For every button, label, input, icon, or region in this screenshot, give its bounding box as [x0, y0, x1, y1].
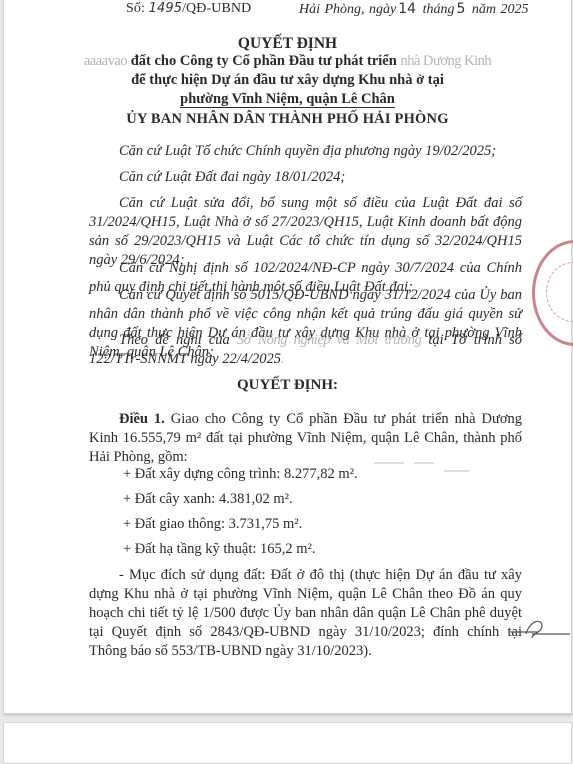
- document-page-1: Số: 1495/QĐ-UBND Hải Phòng, ngày14 tháng…: [3, 0, 572, 715]
- land-item: + Đất giao thông: 3.731,75 m².: [123, 516, 302, 533]
- document-title: QUYẾT ĐỊNH: [4, 35, 571, 53]
- obscured-text: .: [281, 351, 284, 367]
- subtitle-underlined: phường Vĩnh Niệm, quận Lê Chân: [180, 91, 395, 108]
- document-number: Số: 1495/QĐ-UBND: [126, 1, 251, 17]
- scan-artifact: [414, 462, 434, 464]
- subtitle-line-1: ааааvao đất cho Công ty Cổ phần Đầu tư p…: [4, 53, 571, 70]
- date-day: 14: [398, 1, 416, 17]
- subtitle-text: đất cho Công ty Cổ phần Đầu tư phát triể…: [127, 53, 400, 69]
- legal-basis-1: Căn cứ Luật Tổ chức Chính quyền địa phươ…: [89, 142, 522, 161]
- obscured-text: nhà Dương Kinh: [400, 53, 491, 69]
- land-item: + Đất hạ tầng kỹ thuật: 165,2 m².: [123, 541, 316, 558]
- date-place: Hải Phòng, ngày: [299, 2, 396, 17]
- decision-heading: QUYẾT ĐỊNH:: [4, 377, 571, 394]
- article-label: Điều 1.: [119, 411, 165, 427]
- obscured-text: Sở Nông nghiệp và Môi trường: [237, 332, 421, 348]
- legal-basis-text: Căn cứ Luật Đất đai ngày 18/01/2024;: [119, 169, 345, 185]
- number-prefix: Số:: [126, 1, 149, 16]
- number-suffix: /QĐ-UBND: [182, 1, 251, 16]
- legal-basis-text: Căn cứ Luật Tổ chức Chính quyền địa phươ…: [119, 143, 496, 159]
- document-date: Hải Phòng, ngày14 tháng5 năm 2025: [299, 1, 529, 18]
- date-month: 5: [456, 1, 465, 17]
- purpose-text: - Mục đích sử dụng đất: Đất ở đô thị (th…: [89, 567, 522, 659]
- land-item: + Đất cây xanh: 4.381,02 m².: [123, 491, 293, 508]
- proposal-text: Theo đề nghị của: [119, 332, 237, 348]
- proposal-basis: Theo đề nghị của Sở Nông nghiệp và Môi t…: [89, 331, 522, 369]
- scan-artifact: [444, 470, 469, 472]
- scan-artifact: [374, 462, 404, 464]
- land-use-purpose: - Mục đích sử dụng đất: Đất ở đô thị (th…: [89, 566, 522, 661]
- subtitle-line-2: để thực hiện Dự án đầu tư xây dựng Khu n…: [4, 72, 571, 89]
- date-year: năm 2025: [472, 2, 529, 17]
- subtitle-line-3: phường Vĩnh Niệm, quận Lê Chân: [4, 91, 571, 108]
- issuer-heading: ỦY BAN NHÂN DÂN THÀNH PHỐ HẢI PHÒNG: [4, 111, 571, 128]
- legal-basis-2: Căn cứ Luật Đất đai ngày 18/01/2024;: [89, 168, 522, 187]
- document-page-2: [3, 722, 572, 748]
- article-1: Điều 1. Giao cho Công ty Cổ phần Đầu tư …: [89, 410, 522, 467]
- handwritten-number: 1495: [149, 1, 182, 16]
- initial-signature-icon: [508, 612, 573, 642]
- date-month-label: tháng: [423, 2, 455, 17]
- legal-basis-text: Căn cứ Luật sửa đổi, bổ sung một số điều…: [89, 195, 522, 268]
- land-item: + Đất xây dựng công trình: 8.277,82 m².: [123, 466, 358, 483]
- obscured-text: ааааvao: [84, 53, 127, 69]
